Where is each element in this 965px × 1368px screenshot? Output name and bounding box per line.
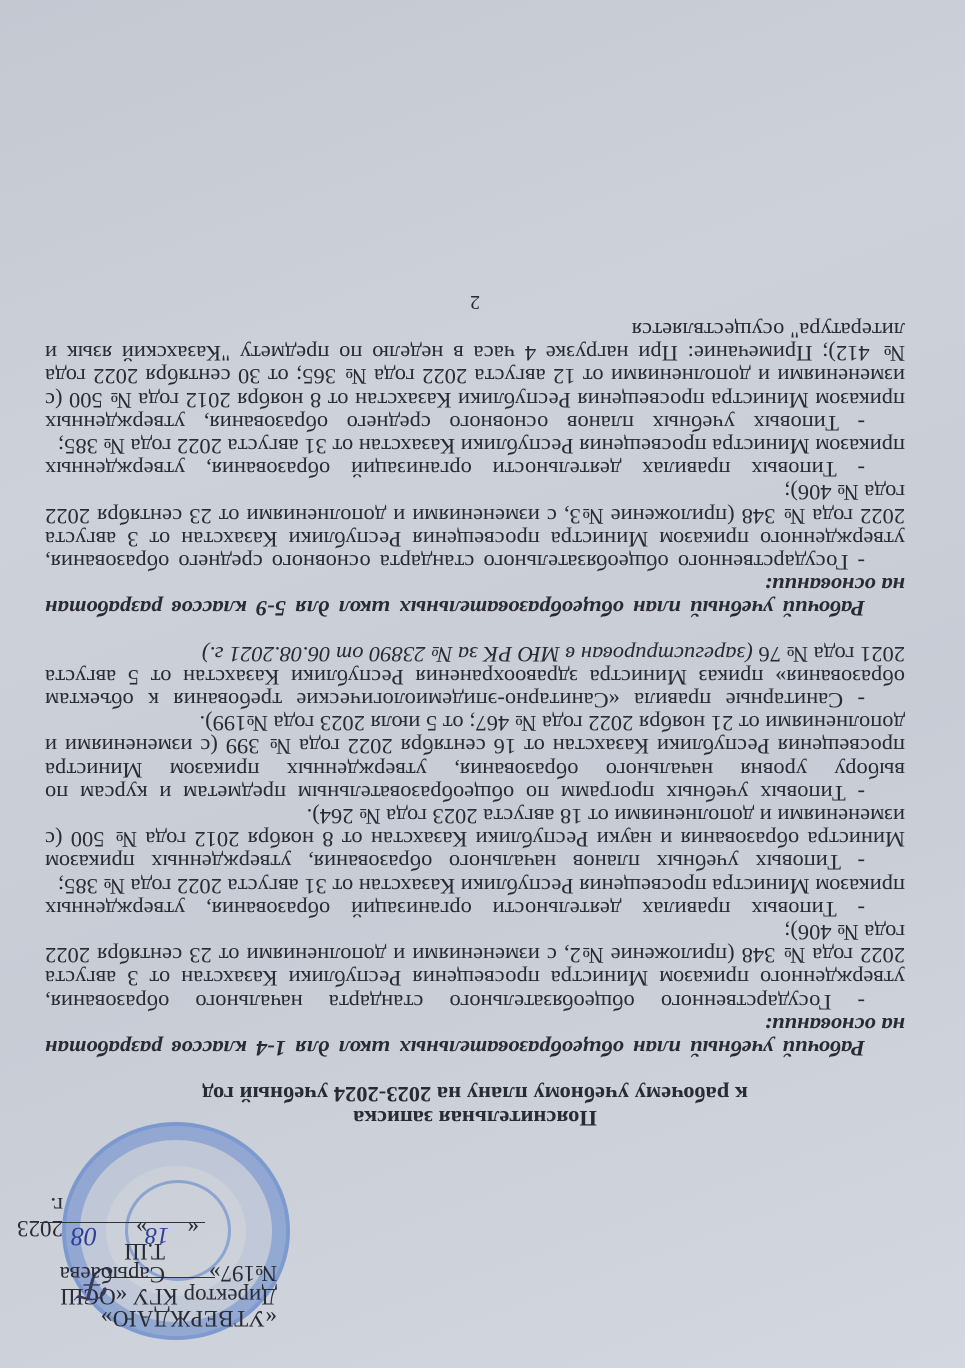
section-1-item: - Типовых правилах деятельности организа… [45,874,905,920]
page-number: 2 [45,290,905,313]
section-1-item: - Типовых учебных планов начального обра… [45,805,905,875]
section-2-item: - Государственного общеобязательного ста… [45,481,905,574]
section-1-title: Рабочий учебный план общеобразовательных… [45,1014,905,1060]
section-1-item: - Типовых учебных программ по общеобразо… [45,712,905,805]
section-2-item: - Типовых правилах деятельности организа… [45,435,905,481]
section-2-title: Рабочий учебный план общеобразовательных… [45,574,905,620]
document-subtitle: к рабочему учебному плану на 2023-2024 у… [45,1082,905,1106]
approval-title: «УТВЕРЖДАЮ» [100,1307,277,1330]
registration-note: (зарегистрирован в МЮ РК за № 23890 от 0… [202,642,753,667]
document-page: «УТВЕРЖДАЮ» Директор КГУ «ОСШ №197» ℱ Са… [0,0,965,1368]
date-quote-open: « [188,1216,200,1241]
section-2-item: - Типовых учебных планов основного средн… [45,319,905,435]
date-month: 08 [71,1225,97,1248]
date-day: 18 [145,1223,169,1246]
section-1-item: - Санитарные правила «Санитарно-эпидемио… [45,642,905,712]
date-year: 2023 г. [17,1194,63,1240]
document-content: «УТВЕРЖДАЮ» Директор КГУ «ОСШ №197» ℱ Са… [45,290,905,1339]
section-1-item: - Государственного общеобязательного ста… [45,921,905,1014]
approval-block: «УТВЕРЖДАЮ» Директор КГУ «ОСШ №197» ℱ Са… [45,1138,905,1338]
